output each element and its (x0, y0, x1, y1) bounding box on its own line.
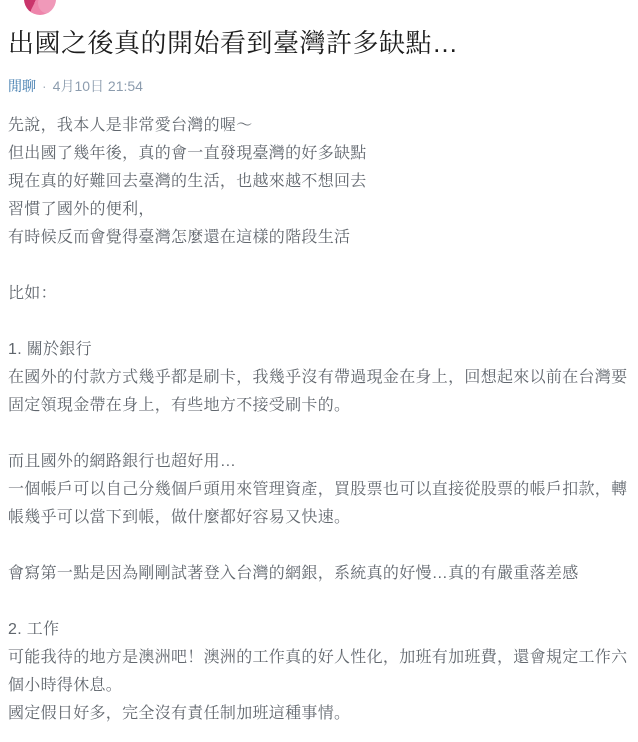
post-body: 先說，我本人是非常愛台灣的喔～ 但出國了幾年後，真的會一直發現臺灣的好多缺點 現… (8, 112, 630, 728)
post-article: 出國之後真的開始看到臺灣許多缺點… 閒聊 · 4月10日 21:54 先說，我本… (0, 0, 638, 728)
post-timestamp: 4月10日 21:54 (53, 76, 143, 96)
post-title: 出國之後真的開始看到臺灣許多缺點… (8, 0, 630, 60)
post-meta: 閒聊 · 4月10日 21:54 (8, 76, 630, 96)
meta-separator: · (42, 76, 47, 96)
category-link[interactable]: 閒聊 (8, 76, 36, 96)
